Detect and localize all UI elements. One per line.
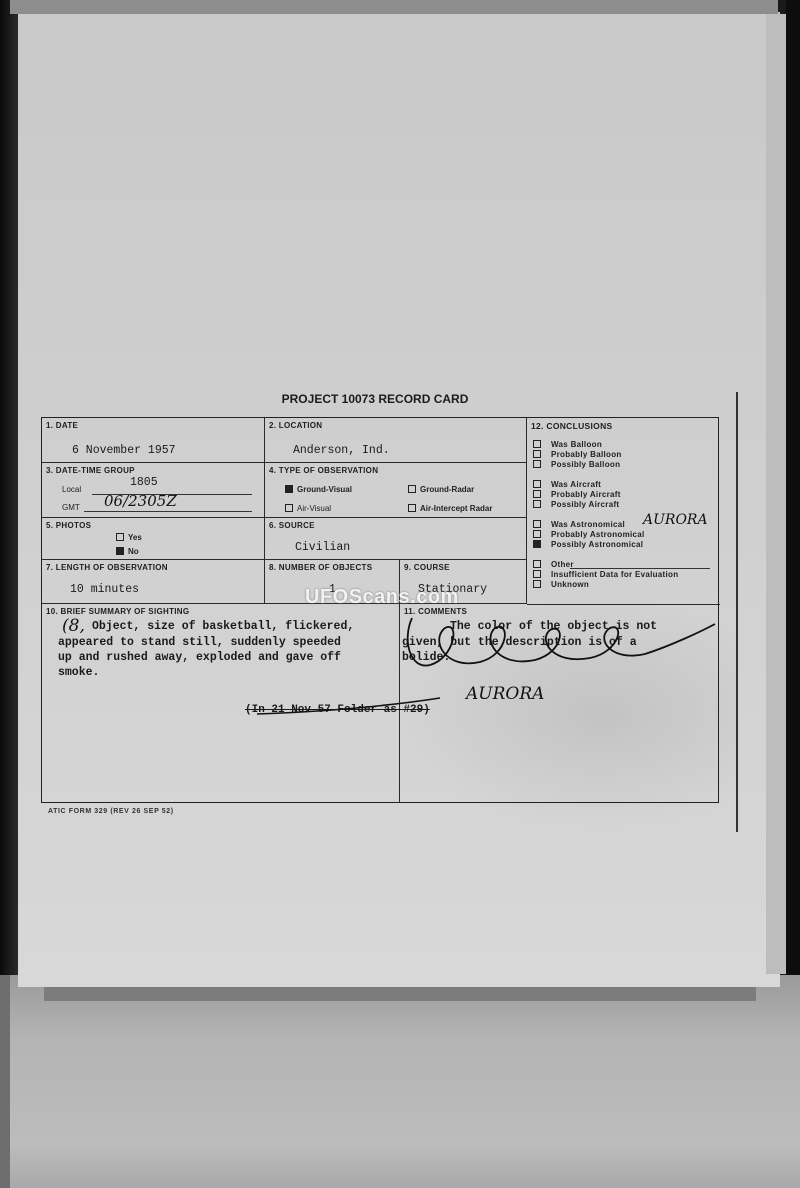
film-edge-left xyxy=(0,0,18,980)
option-label: Air-Visual xyxy=(297,504,331,513)
option-label: Ground-Radar xyxy=(420,485,474,494)
summary-line-1: Object, size of basketball, flickered, xyxy=(92,620,354,633)
option-label: No xyxy=(128,547,139,556)
checkbox-icon xyxy=(533,560,541,568)
field-date-time-group: 3. DATE-TIME GROUP Local 1805 GMT 06/230… xyxy=(42,463,265,518)
checkbox-icon xyxy=(533,580,541,588)
date-value: 6 November 1957 xyxy=(72,444,176,457)
option-label: Was Balloon xyxy=(551,440,602,449)
date-label: 1. DATE xyxy=(46,421,78,430)
conclusion-probably-balloon[interactable]: Probably Balloon xyxy=(533,450,622,459)
observation-type-label: 4. TYPE OF OBSERVATION xyxy=(269,466,378,475)
field-type-of-observation: 4. TYPE OF OBSERVATION Ground-Visual Gro… xyxy=(265,463,527,518)
page-top-strip xyxy=(10,0,778,14)
conclusion-possibly-balloon[interactable]: Possibly Balloon xyxy=(533,460,620,469)
location-label: 2. LOCATION xyxy=(269,421,322,430)
summary-label: 10. BRIEF SUMMARY OF SIGHTING xyxy=(46,607,189,616)
course-label: 9. COURSE xyxy=(404,563,450,572)
local-label: Local xyxy=(62,485,81,494)
photos-label: 5. PHOTOS xyxy=(46,521,91,530)
checkbox-checked-icon xyxy=(533,540,541,548)
card-outer-edge xyxy=(736,392,738,832)
summary-line-2: appeared to stand still, suddenly speede… xyxy=(58,636,341,649)
option-label: Possibly Balloon xyxy=(551,460,620,469)
card-title: PROJECT 10073 RECORD CARD xyxy=(270,392,480,406)
option-label: Was Astronomical xyxy=(551,520,625,529)
strike-underline-icon xyxy=(255,696,445,716)
checkbox-icon xyxy=(533,520,541,528)
checkbox-icon xyxy=(533,460,541,468)
option-air-intercept-radar[interactable]: Air-Intercept Radar xyxy=(408,504,492,513)
conclusion-probably-astronomical[interactable]: Probably Astronomical xyxy=(533,530,645,539)
form-id: ATIC FORM 329 (REV 26 SEP 52) xyxy=(48,808,174,815)
comments-handwritten-note: AURORA xyxy=(466,684,544,704)
film-edge-bottom-left xyxy=(0,975,10,1188)
option-label: Probably Astronomical xyxy=(551,530,645,539)
checkbox-icon xyxy=(533,480,541,488)
conclusion-was-aircraft[interactable]: Was Aircraft xyxy=(533,480,601,489)
checkbox-icon xyxy=(116,533,124,541)
checkbox-icon xyxy=(408,504,416,512)
conclusion-handwritten-note: AURORA xyxy=(643,512,708,528)
conclusion-was-astronomical[interactable]: Was Astronomical xyxy=(533,520,625,529)
length-label: 7. LENGTH OF OBSERVATION xyxy=(46,563,168,572)
conclusion-unknown[interactable]: Unknown xyxy=(533,580,589,589)
checkbox-icon xyxy=(533,440,541,448)
gmt-value: 06/2305Z xyxy=(104,492,177,510)
dtg-label: 3. DATE-TIME GROUP xyxy=(46,466,135,475)
film-background-bottom xyxy=(0,975,800,1188)
option-label: Probably Aircraft xyxy=(551,490,621,499)
option-label: Yes xyxy=(128,533,142,542)
source-value: Civilian xyxy=(295,541,350,554)
source-label: 6. SOURCE xyxy=(269,521,315,530)
option-label: Possibly Astronomical xyxy=(551,540,643,549)
number-label: 8. NUMBER OF OBJECTS xyxy=(269,563,372,572)
gmt-underline xyxy=(84,511,252,512)
page-right-strip xyxy=(766,14,786,974)
option-photos-yes[interactable]: Yes xyxy=(116,533,142,542)
length-value: 10 minutes xyxy=(70,583,139,596)
conclusion-other[interactable]: Other xyxy=(533,560,574,569)
checkbox-icon xyxy=(408,485,416,493)
option-label: Probably Balloon xyxy=(551,450,622,459)
option-ground-radar[interactable]: Ground-Radar xyxy=(408,485,474,494)
summary-line-4: smoke. xyxy=(58,666,99,679)
option-label: Insufficient Data for Evaluation xyxy=(551,570,678,579)
conclusion-was-balloon[interactable]: Was Balloon xyxy=(533,440,602,449)
handwritten-scribble-icon xyxy=(400,610,720,680)
conclusion-possibly-aircraft[interactable]: Possibly Aircraft xyxy=(533,500,619,509)
option-label: Ground-Visual xyxy=(297,485,352,494)
option-photos-no[interactable]: No xyxy=(116,547,139,556)
checkbox-icon xyxy=(533,490,541,498)
shadow-band xyxy=(44,985,756,1001)
option-label: Air-Intercept Radar xyxy=(420,504,492,513)
location-value: Anderson, Ind. xyxy=(293,444,390,457)
option-air-visual[interactable]: Air-Visual xyxy=(285,504,331,513)
checkbox-icon xyxy=(285,504,293,512)
field-photos: 5. PHOTOS Yes No xyxy=(42,518,265,560)
option-ground-visual[interactable]: Ground-Visual xyxy=(285,485,352,494)
summary-line-3: up and rushed away, exploded and gave of… xyxy=(58,651,341,664)
conclusion-insufficient-data[interactable]: Insufficient Data for Evaluation xyxy=(533,570,678,579)
local-value: 1805 xyxy=(130,476,158,489)
field-source: 6. SOURCE Civilian xyxy=(265,518,527,560)
conclusion-possibly-astronomical[interactable]: Possibly Astronomical xyxy=(533,540,643,549)
option-label: Unknown xyxy=(551,580,589,589)
conclusion-probably-aircraft[interactable]: Probably Aircraft xyxy=(533,490,621,499)
field-conclusions: 12. CONCLUSIONS Was Balloon Probably Bal… xyxy=(527,418,720,605)
checkbox-icon xyxy=(533,500,541,508)
gmt-label: GMT xyxy=(62,503,80,512)
summary-margin-mark: (8, xyxy=(62,616,85,636)
checkbox-checked-icon xyxy=(285,485,293,493)
other-underline xyxy=(570,568,710,569)
checkbox-icon xyxy=(533,570,541,578)
option-label: Was Aircraft xyxy=(551,480,601,489)
checkbox-icon xyxy=(533,530,541,538)
checkbox-checked-icon xyxy=(116,547,124,555)
checkbox-icon xyxy=(533,450,541,458)
option-label: Possibly Aircraft xyxy=(551,500,619,509)
field-location: 2. LOCATION Anderson, Ind. xyxy=(265,418,527,463)
field-date: 1. DATE 6 November 1957 xyxy=(42,418,265,463)
field-length-of-observation: 7. LENGTH OF OBSERVATION 10 minutes xyxy=(42,560,265,604)
watermark: UFOScans.com xyxy=(305,586,459,609)
conclusions-label: 12. CONCLUSIONS xyxy=(531,421,613,431)
